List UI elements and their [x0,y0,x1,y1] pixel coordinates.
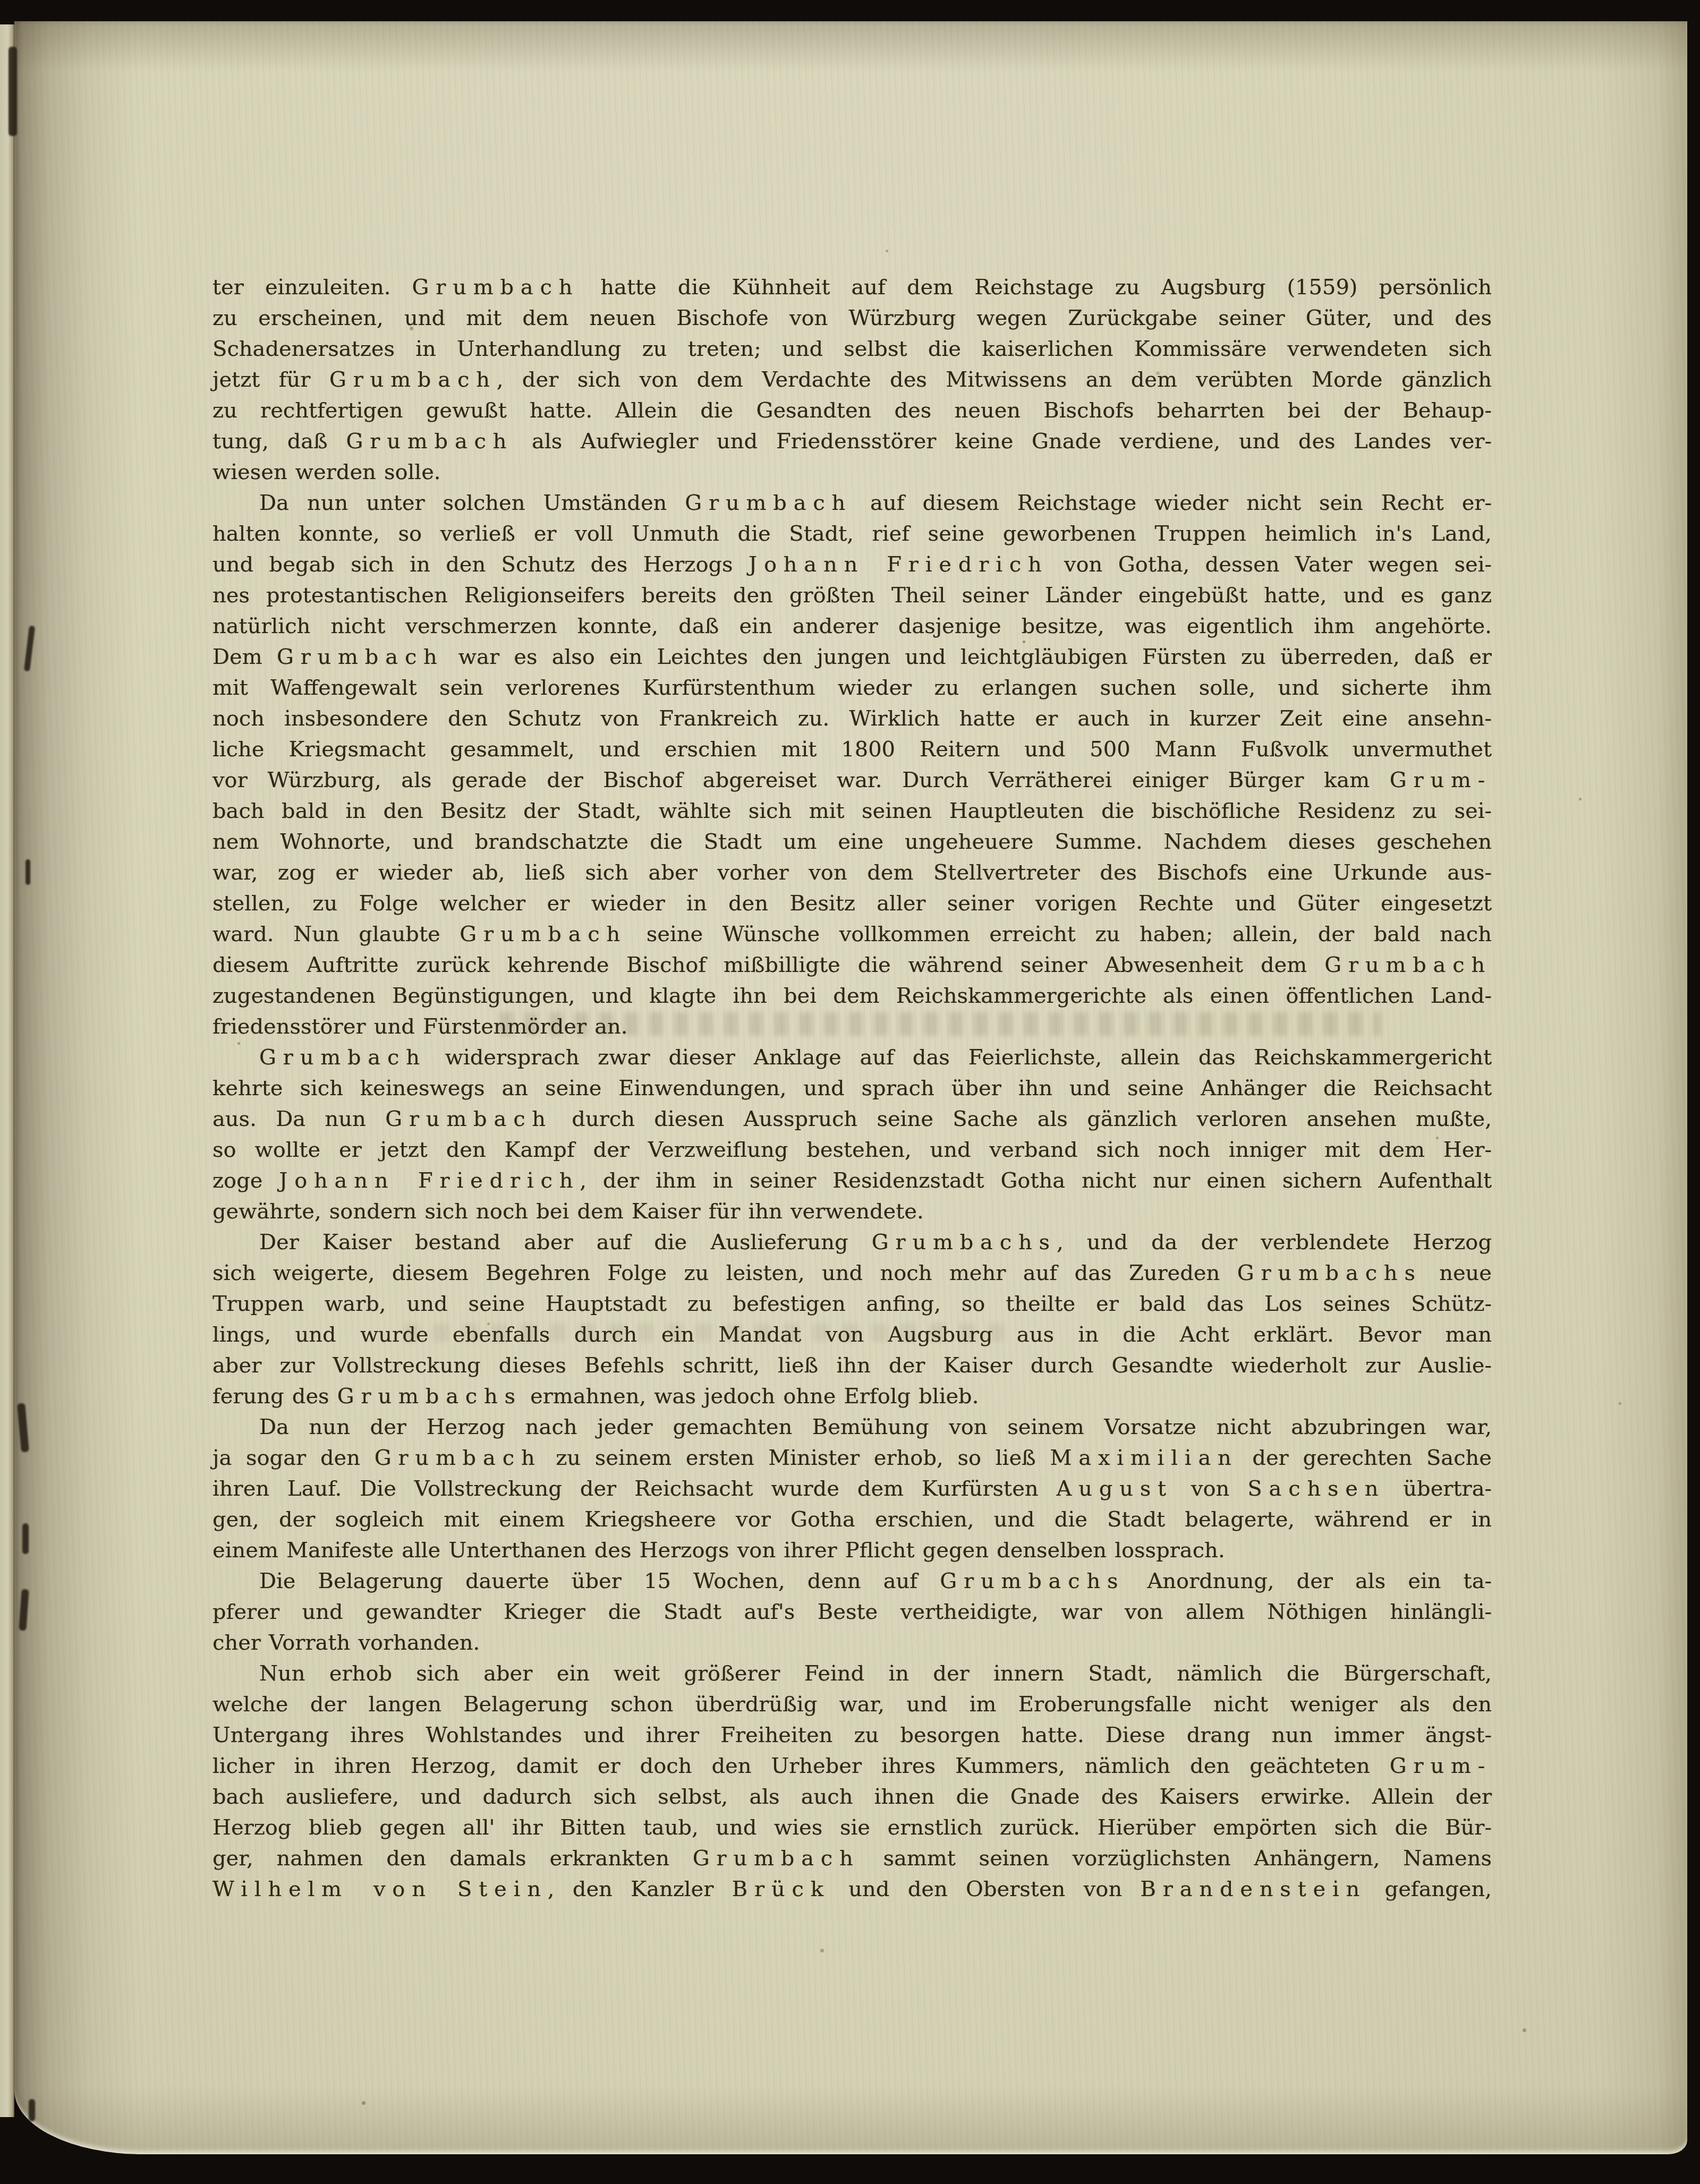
person-name: Grumbach [329,368,497,392]
person-name: Grumbach [685,491,852,515]
text-run: welche der langen Belagerung schon überd… [212,1692,1492,1717]
text-run: Untergang ihres Wohlstandes und ihrer Fr… [212,1723,1492,1747]
text-line: aber zur Vollstreckung dieses Befehls sc… [212,1350,1492,1381]
text-run: war es also ein Leichtes den jungen und … [444,645,1492,669]
text-run: cher Vorrath vorhanden. [212,1631,480,1655]
text-line: halten konnte, so verließ er voll Unmuth… [212,518,1492,549]
person-name: Wilhelm von Stein [212,1877,548,1901]
text-line: zu erscheinen, und mit dem neuen Bischof… [212,303,1492,334]
text-run: bach bald in den Besitz der Stadt, wählt… [212,799,1492,823]
text-run: lings, und wurde ebenfalls durch ein Man… [212,1323,1492,1347]
person-name: Grumbach [412,275,579,300]
paragraph: Da nun unter solchen Umständen Grumbach … [212,488,1492,1042]
text-run: zu rechtfertigen gewußt hatte. Allein di… [212,398,1492,423]
text-run: ward. Nun glaubte [212,922,460,946]
text-line: Der Kaiser bestand aber auf die Ausliefe… [212,1227,1492,1258]
text-line: einem Manifeste alle Unterthanen des Her… [212,1535,1492,1566]
text-run: sammt seinen vorzüglichsten Anhängern, N… [860,1846,1492,1871]
text-run: ger, nahmen den damals erkrankten [212,1846,693,1871]
text-line: Truppen warb, und seine Hauptstadt zu be… [212,1289,1492,1319]
binding-stitch [29,2099,35,2121]
text-line: bach bald in den Besitz der Stadt, wählt… [212,796,1492,826]
text-run: aber zur Vollstreckung dieses Befehls sc… [212,1353,1492,1378]
text-line: stellen, zu Folge welcher er wieder in d… [212,888,1492,919]
text-line: noch insbesondere den Schutz von Frankre… [212,703,1492,734]
text-line: Wilhelm von Stein, den Kanzler Brück und… [212,1874,1492,1905]
text-run: übertra- [1385,1477,1492,1501]
text-line: bach ausliefere, und dadurch sich selbst… [212,1781,1492,1812]
text-line: Nun erhob sich aber ein weit größerer Fe… [212,1658,1492,1689]
text-run: durch diesen Ausspruch seine Sache als g… [552,1107,1492,1131]
text-run: Truppen warb, und seine Hauptstadt zu be… [212,1292,1492,1316]
text-run: ermahnen, was jedoch ohne Erfolg blieb. [522,1384,979,1409]
text-run: mit Waffengewalt sein verlorenes Kurfürs… [212,676,1492,700]
text-line: gewährte, sondern sich noch bei dem Kais… [212,1196,1492,1227]
paper-specks [14,21,17,24]
text-run: und begab sich in den Schutz des Herzogs [212,552,749,577]
text-line: aus. Da nun Grumbach durch diesen Ausspr… [212,1104,1492,1134]
person-name: Maximilian [1050,1446,1238,1470]
person-name: August [1057,1477,1173,1501]
text-run: widersprach zwar dieser Anklage auf das … [427,1045,1492,1070]
text-run: von Gotha, dessen Vater wegen sei- [1049,552,1492,577]
text-run: Schadenersatzes in Unterhandlung zu tret… [212,337,1492,361]
person-name: Johann Friedrich [279,1168,580,1193]
text-line: wiesen werden solle. [212,457,1492,488]
text-run: , der ihm in seiner Residenzstadt Gotha … [580,1168,1492,1193]
text-line: zugestandenen Begünstigungen, und klagte… [212,980,1492,1011]
paragraph: Grumbach widersprach zwar dieser Anklage… [212,1042,1492,1227]
text-run: ter einzuleiten. [212,275,412,300]
text-line: nem Wohnorte, und brandschatzte die Stad… [212,826,1492,857]
text-run: Herzog blieb gegen all' ihr Bitten taub,… [212,1815,1492,1840]
text-line: zoge Johann Friedrich, der ihm in seiner… [212,1165,1492,1196]
person-name: Grumbachs [1237,1261,1422,1285]
text-run: von [1173,1477,1247,1501]
text-line: diesem Auftritte zurück kehrende Bischof… [212,950,1492,980]
previous-page-edge [0,24,14,2117]
text-run: hatte die Kühnheit auf dem Reichstage zu… [579,275,1492,300]
text-run: nes protestantischen Religionseifers ber… [212,583,1492,608]
person-name: Grumbachs [872,1230,1057,1255]
text-run: bach ausliefere, und dadurch sich selbst… [212,1785,1492,1809]
paragraph: ter einzuleiten. Grumbach hatte die Kühn… [212,272,1492,488]
text-line: kehrte sich keineswegs an seine Einwendu… [212,1073,1492,1104]
text-run: ja sogar den [212,1446,375,1470]
text-line: Herzog blieb gegen all' ihr Bitten taub,… [212,1812,1492,1843]
page-text: ter einzuleiten. Grumbach hatte die Kühn… [212,272,1492,1905]
text-run: liche Kriegsmacht gesammelt, und erschie… [212,737,1492,762]
text-run: pferer und gewandter Krieger die Stadt a… [212,1600,1492,1624]
text-line: Die Belagerung dauerte über 15 Wochen, d… [212,1566,1492,1597]
text-run: so wollte er jetzt den Kampf der Verzwei… [212,1138,1492,1162]
text-run: war, zog er wieder ab, ließ sich aber vo… [212,860,1492,885]
text-run: , der sich von dem Verdachte des Mitwiss… [497,368,1492,392]
text-run: jetzt für [212,368,329,392]
person-name: Sachsen [1247,1477,1385,1501]
text-run: Anordnung, der als ein ta- [1125,1569,1492,1593]
text-line: ferung des Grumbachs ermahnen, was jedoc… [212,1381,1492,1412]
text-run: diesem Auftritte zurück kehrende Bischof… [212,953,1324,977]
text-run: und den Obersten von [830,1877,1141,1901]
text-run: friedensstörer und Fürstenmörder an. [212,1014,628,1039]
person-name: Johann Friedrich [749,552,1048,577]
text-line: welche der langen Belagerung schon überd… [212,1689,1492,1720]
text-line: ward. Nun glaubte Grumbach seine Wünsche… [212,919,1492,950]
person-name: Grumbach [346,429,514,454]
text-run: halten konnte, so verließ er voll Unmuth… [212,522,1492,546]
text-line: jetzt für Grumbach, der sich von dem Ver… [212,364,1492,395]
text-line: licher in ihren Herzog, damit er doch de… [212,1751,1492,1781]
paragraph: Nun erhob sich aber ein weit größerer Fe… [212,1658,1492,1905]
text-run: zu erscheinen, und mit dem neuen Bischof… [212,306,1492,330]
text-line: liche Kriegsmacht gesammelt, und erschie… [212,734,1492,765]
person-name: Brandenstein [1141,1877,1367,1901]
text-run: Der Kaiser bestand aber auf die Ausliefe… [259,1230,872,1255]
text-run: kehrte sich keineswegs an seine Einwendu… [212,1076,1492,1100]
text-run: zoge [212,1168,279,1193]
text-run: vor Würzburg, als gerade der Bischof abg… [212,768,1390,792]
text-run: zugestandenen Begünstigungen, und klagte… [212,984,1492,1008]
text-run: noch insbesondere den Schutz von Frankre… [212,706,1492,731]
text-run: als Aufwiegler und Friedensstörer keine … [513,429,1492,454]
person-name: Brück [732,1877,830,1901]
person-name: Grumbach [375,1446,542,1470]
person-name: Grum- [1390,1754,1492,1778]
text-run: tung, daß [212,429,346,454]
text-run: gewährte, sondern sich noch bei dem Kais… [212,1199,924,1224]
text-line: sich weigerte, diesem Begehren Folge zu … [212,1258,1492,1289]
text-line: vor Würzburg, als gerade der Bischof abg… [212,765,1492,796]
text-line: ger, nahmen den damals erkrankten Grumba… [212,1843,1492,1874]
paragraph: Da nun der Herzog nach jeder gemachten B… [212,1412,1492,1566]
binding-stitch [22,1523,29,1554]
text-run: wiesen werden solle. [212,460,441,484]
person-name: Grumbach [460,922,627,946]
text-run: ferung des [212,1384,337,1409]
text-line: natürlich nicht verschmerzen konnte, daß… [212,611,1492,642]
text-line: mit Waffengewalt sein verlorenes Kurfürs… [212,672,1492,703]
text-line: zu rechtfertigen gewußt hatte. Allein di… [212,395,1492,426]
text-line: Untergang ihres Wohlstandes und ihrer Fr… [212,1720,1492,1751]
binding-stitch [8,47,17,136]
text-line: Da nun der Herzog nach jeder gemachten B… [212,1412,1492,1443]
person-name: Grumbach [385,1107,552,1131]
text-run: ihren Lauf. Die Vollstreckung der Reichs… [212,1477,1057,1501]
person-name: Grumbach [259,1045,427,1070]
paragraph: Der Kaiser bestand aber auf die Ausliefe… [212,1227,1492,1412]
text-line: ja sogar den Grumbach zu seinem ersten M… [212,1443,1492,1473]
text-line: lings, und wurde ebenfalls durch ein Man… [212,1319,1492,1350]
text-run: Nun erhob sich aber ein weit größerer Fe… [259,1661,1492,1686]
paragraph: Die Belagerung dauerte über 15 Wochen, d… [212,1566,1492,1658]
text-line: und begab sich in den Schutz des Herzogs… [212,549,1492,580]
text-line: so wollte er jetzt den Kampf der Verzwei… [212,1134,1492,1165]
text-run: zu seinem ersten Minister erhob, so ließ [541,1446,1050,1470]
text-run: einem Manifeste alle Unterthanen des Her… [212,1538,1225,1563]
text-run: aus. Da nun [212,1107,385,1131]
text-line: Grumbach widersprach zwar dieser Anklage… [212,1042,1492,1073]
binding-stitch [25,859,30,885]
text-line: nes protestantischen Religionseifers ber… [212,580,1492,611]
text-run: seine Wünsche vollkommen erreicht zu hab… [627,922,1492,946]
text-line: Schadenersatzes in Unterhandlung zu tret… [212,334,1492,364]
person-name: Grum- [1390,768,1492,792]
text-run: stellen, zu Folge welcher er wieder in d… [212,891,1492,916]
text-run: natürlich nicht verschmerzen konnte, daß… [212,614,1492,638]
text-run: Die Belagerung dauerte über 15 Wochen, d… [259,1569,940,1593]
text-run: gen, der sogleich mit einem Kriegsheere … [212,1507,1492,1532]
text-line: cher Vorrath vorhanden. [212,1627,1492,1658]
text-run: licher in ihren Herzog, damit er doch de… [212,1754,1390,1778]
text-run: neue [1422,1261,1492,1285]
person-name: Grumbach [693,1846,860,1871]
text-run: Da nun unter solchen Umständen [259,491,685,515]
person-name: Grumbach [1324,953,1492,977]
text-run: Dem [212,645,277,669]
text-run: der gerechten Sache [1238,1446,1492,1470]
text-run: nem Wohnorte, und brandschatzte die Stad… [212,830,1492,854]
text-line: Dem Grumbach war es also ein Leichtes de… [212,642,1492,672]
text-run: gefangen, [1366,1877,1492,1901]
text-line: friedensstörer und Fürstenmörder an. [212,1011,1492,1042]
text-line: tung, daß Grumbach als Aufwiegler und Fr… [212,426,1492,457]
person-name: Grumbachs [940,1569,1125,1593]
text-run: Da nun der Herzog nach jeder gemachten B… [259,1415,1492,1439]
text-line: gen, der sogleich mit einem Kriegsheere … [212,1504,1492,1535]
text-line: ter einzuleiten. Grumbach hatte die Kühn… [212,272,1492,303]
person-name: Grumbachs [337,1384,522,1409]
text-line: war, zog er wieder ab, ließ sich aber vo… [212,857,1492,888]
text-run: , den Kanzler [548,1877,732,1901]
text-run: sich weigerte, diesem Begehren Folge zu … [212,1261,1237,1285]
text-line: Da nun unter solchen Umständen Grumbach … [212,488,1492,518]
scanned-book-page: { "colors": { "paper": "#d6d3b7", "ink":… [0,0,1700,2184]
text-run: , und da der verblendete Herzog [1057,1230,1492,1255]
person-name: Grumbach [277,645,444,669]
text-line: ihren Lauf. Die Vollstreckung der Reichs… [212,1473,1492,1504]
text-line: pferer und gewandter Krieger die Stadt a… [212,1597,1492,1627]
text-run: auf diesem Reichstage wieder nicht sein … [852,491,1492,515]
